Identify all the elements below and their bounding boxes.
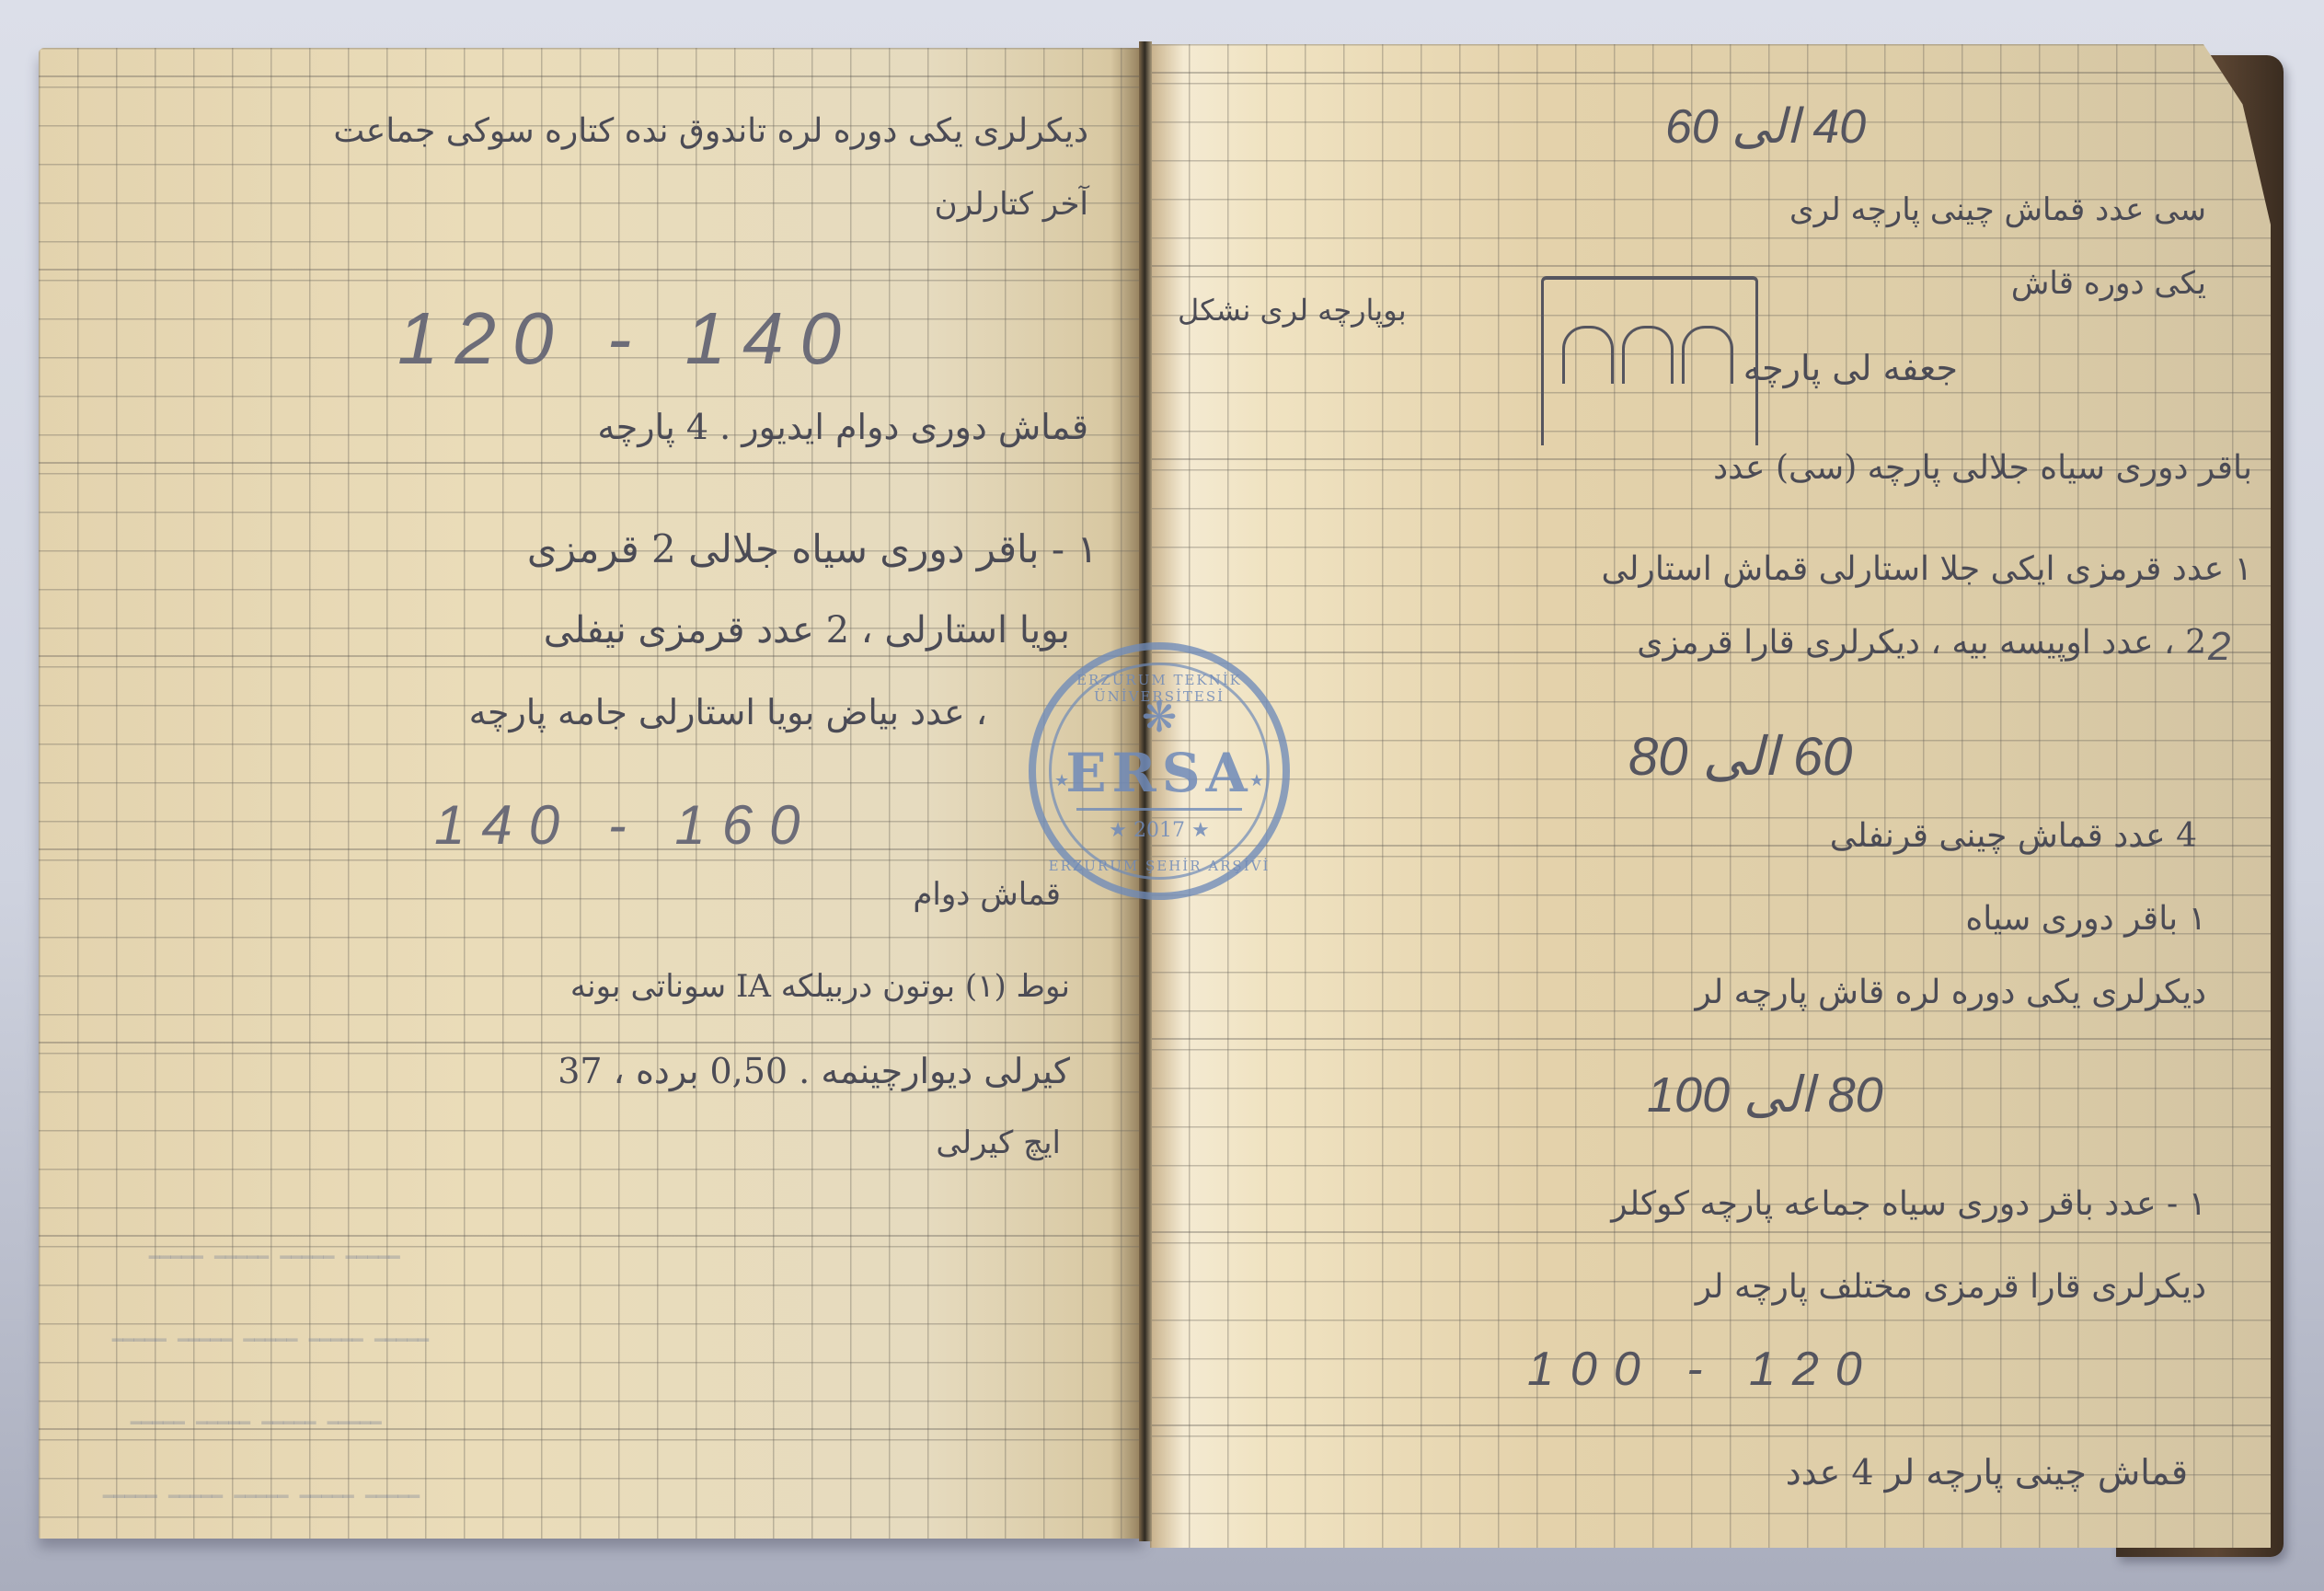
handwritten-line: قماش چینی پارچه لر 4 عدد: [1786, 1452, 2188, 1493]
stamp-bottom-text: ERZURUM ŞEHİR ARŞİVİ: [1036, 858, 1283, 874]
archive-stamp: ERZURUM TEKNİK ÜNİVERSİTESİ ❋ ★ ERSA ★ ★…: [1029, 642, 1290, 900]
arch-sketch: [1682, 326, 1733, 384]
stamp-year: ★ 2017 ★: [1036, 819, 1283, 842]
show-through-writing: ـــــ ـــــ ـــــ ـــــ ـــــ: [103, 1465, 420, 1507]
section-range: 140 - 160: [434, 793, 817, 857]
left-page: دیکرلری یکی دوره لره تاندوق نده کتاره سو…: [39, 48, 1144, 1539]
show-through-writing: ـــــ ـــــ ـــــ ـــــ ـــــ: [112, 1309, 429, 1351]
stamp-divider: [1076, 808, 1242, 811]
handwritten-line: دیکرلری قارا قرمزی مختلف پارچه لر: [1696, 1268, 2206, 1306]
handwritten-line: 2 ، عدد اوپیسه بیه ، دیکرلری قارا قرمزی: [1637, 624, 2206, 662]
handwritten-line: یکی دوره قاش: [2011, 265, 2206, 302]
handwritten-line: بویا استارلی ، 2 عدد قرمزی نیفلی: [544, 609, 1070, 651]
arch-sketch: [1562, 326, 1614, 384]
handwritten-line: کیرلی دیوارچینمه . 0,50 برده ، 37: [558, 1051, 1070, 1091]
section-range: 80 الی 100: [1647, 1066, 1883, 1124]
handwritten-line: دیکرلری یکی دوره لره قاش پارچه لر: [1695, 974, 2206, 1011]
margin-number: 2: [2208, 624, 2247, 670]
handwritten-line: سی عدد قماش چینی پارچه لری: [1789, 191, 2206, 228]
handwritten-line: آخر کتارلرن: [935, 186, 1088, 223]
section-range: 40 الی 60: [1665, 99, 1866, 155]
handwritten-line: دیکرلری یکی دوره لره تاندوق نده کتاره سو…: [333, 112, 1088, 150]
handwritten-line: بوپارچه لری نشکل: [1178, 293, 1407, 328]
right-page: 40 الی 60 سی عدد قماش چینی پارچه لری یکی…: [1150, 44, 2271, 1548]
section-range: 60 الی 80: [1628, 725, 1852, 788]
arch-frame-sketch: [1541, 276, 1758, 445]
snowflake-emblem-icon: ❋: [1036, 696, 1283, 738]
handwritten-line: قماش دوری دوام ایدیور . 4 پارچه: [597, 407, 1088, 447]
handwritten-line: ایچ کیرلی: [936, 1124, 1061, 1161]
handwritten-line: قماش دوام: [913, 876, 1061, 913]
handwritten-line: جعفه لی پارچه: [1743, 348, 1958, 388]
show-through-writing: ـــــ ـــــ ـــــ ـــــ: [149, 1226, 400, 1268]
star-icon: ★: [1249, 771, 1264, 790]
show-through-writing: ـــــ ـــــ ـــــ ـــــ: [131, 1391, 382, 1434]
handwritten-line: ١ - عدد باقر دوری سیاه جماعه پارچه کوکلر: [1611, 1185, 2206, 1223]
handwritten-line: باقر دوری سیاه جلالی پارچه (سی) عدد: [1713, 449, 2252, 487]
handwritten-line: ١ عدد قرمزی ایکی جلا استارلی قماش استارل…: [1601, 550, 2252, 588]
handwritten-line: نوط (١) بوتون دربیلکه IA سوناتی بونه: [570, 968, 1070, 1005]
section-range: 100 - 120: [1527, 1342, 1879, 1397]
handwritten-line: 4 عدد قماش چینی قرنفلی: [1830, 817, 2197, 855]
stamp-wordmark: ERSA: [1036, 745, 1283, 801]
handwritten-line: ١ باقر دوری سیاه: [1965, 900, 2206, 938]
arch-sketch: [1622, 326, 1674, 384]
section-range: 120 - 140: [397, 296, 857, 381]
handwritten-line: ، عدد بیاض بویا استارلی جامه پارچه: [469, 692, 987, 732]
handwritten-line: ١ - باقر دوری سیاه جلالی 2 قرمزی: [527, 526, 1098, 571]
